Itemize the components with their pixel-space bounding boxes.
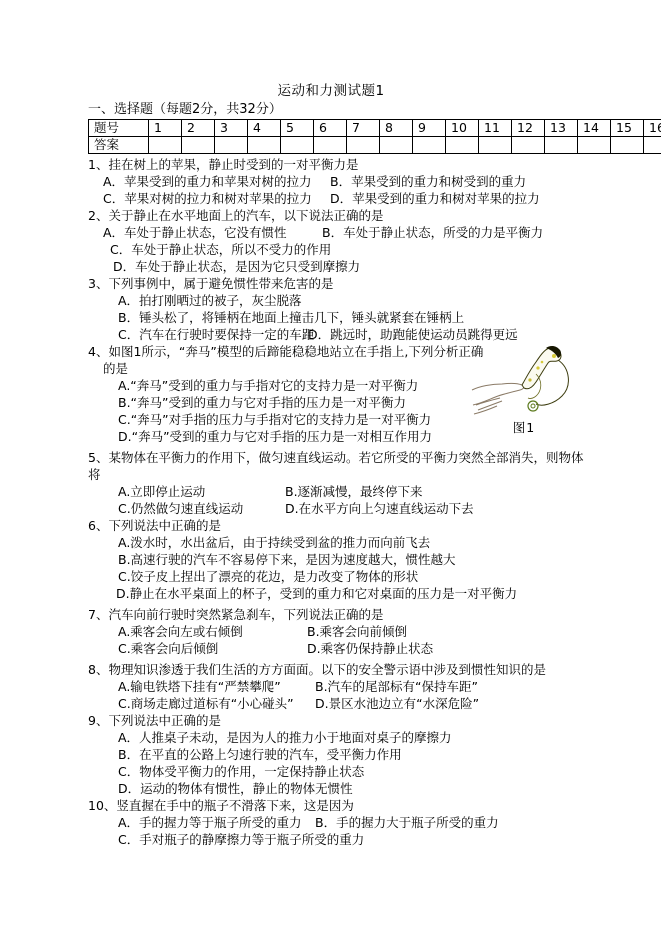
question-number-cell: 16 — [644, 120, 661, 137]
question-line: 3、下列事例中，属于避免惯性带来危害的是 — [88, 275, 574, 292]
question-line: C.饺子皮上捏出了漂亮的花边，是力改变了物体的形状 — [88, 568, 574, 585]
question-line: A.输电铁塔下挂有“严禁攀爬”B.汽车的尾部标有“保持车距” — [88, 678, 574, 695]
text-segment: A．车处于静止状态，它没有惯性 — [103, 224, 287, 241]
question-line: 9、下列说法中正确的是 — [88, 712, 574, 729]
document-content: 运动和力测试题1 一、选择题（每题2分，共32分） 题号 12345678910… — [88, 83, 574, 848]
text-segment: C.商场走廊过道标有“小心碰头” — [118, 695, 294, 712]
text-segment: C.“奔马”对手指的压力与手指对它的支持力是一对平衡力 — [118, 411, 431, 428]
question-block: 1、挂在树上的苹果，静止时受到的一对平衡力是A．苹果受到的重力和苹果对树的拉力B… — [88, 156, 574, 207]
question-number-cell: 14 — [578, 120, 611, 137]
question-line: A.乘客会向左或右倾倒B.乘客会向前倾倒 — [88, 623, 574, 640]
text-segment: B．车处于静止状态，所受的力是平衡力 — [322, 224, 543, 241]
text-segment: 6、下列说法中正确的是 — [88, 517, 221, 534]
question-number-header-cell: 题号 — [89, 120, 149, 137]
question-line: 1、挂在树上的苹果，静止时受到的一对平衡力是 — [88, 156, 574, 173]
question-line: 将 — [88, 466, 574, 483]
question-line: B．锤头松了，将锤柄在地面上撞击几下，锤头就紧套在锤柄上 — [88, 309, 574, 326]
section-heading: 一、选择题（每题2分，共32分） — [88, 101, 574, 118]
answer-cell — [644, 137, 661, 154]
question-number-cell: 8 — [380, 120, 413, 137]
hand-outline — [472, 383, 524, 414]
question-block: 9、下列说法中正确的是A．人推桌子未动，是因为人的推力小于地面对桌子的摩擦力B．… — [88, 712, 574, 797]
text-segment: 3、下列事例中，属于避免惯性带来危害的是 — [88, 275, 333, 292]
question-line: 10、竖直握在手中的瓶子不滑落下来，这是因为 — [88, 797, 574, 814]
text-segment: C.乘客会向后倾倒 — [118, 640, 218, 657]
text-segment: 5、某物体在平衡力的作用下，做匀速直线运动。若它所受的平衡力突然全部消失，则物体 — [88, 449, 583, 466]
answer-cell — [446, 137, 479, 154]
text-segment: 2、关于静止在水平地面上的汽车，以下说法正确的是 — [88, 207, 383, 224]
text-segment: A．人推桌子未动，是因为人的推力小于地面对桌子的摩擦力 — [118, 729, 452, 746]
answer-cell — [215, 137, 248, 154]
text-segment: B.逐渐减慢，最终停下来 — [285, 483, 423, 500]
question-number-cell: 4 — [248, 120, 281, 137]
text-segment: B．苹果受到的重力和树受到的重力 — [330, 173, 526, 190]
answer-cell — [248, 137, 281, 154]
question-line: C．手对瓶子的静摩擦力等于瓶子所受的重力 — [88, 831, 574, 848]
question-number-cell: 15 — [611, 120, 644, 137]
question-line: A.泼水时，水出盆后，由于持续受到盆的推力而向前飞去 — [88, 534, 574, 551]
question-block: 5、某物体在平衡力的作用下，做匀速直线运动。若它所受的平衡力突然全部消失，则物体… — [88, 449, 574, 517]
question-line: C.乘客会向后倾倒D.乘客仍保持静止状态 — [88, 640, 574, 657]
text-segment: D．跳远时，助跑能使运动员跳得更远 — [308, 326, 518, 343]
text-segment: 将 — [88, 466, 101, 483]
answer-cell — [611, 137, 644, 154]
text-segment: B.乘客会向前倾倒 — [307, 623, 407, 640]
answer-table-number-row: 题号 12345678910111213141516 — [89, 120, 661, 137]
text-segment: 4、如图1所示，“奔马”模型的后蹄能稳稳地站立在手指上,下列分析正确 — [88, 343, 483, 360]
answer-table: 题号 12345678910111213141516 答案 — [88, 119, 661, 154]
question-number-cell: 5 — [281, 120, 314, 137]
question-number-cell: 9 — [413, 120, 446, 137]
question-line: D．车处于静止状态，是因为它只受到摩擦力 — [88, 258, 574, 275]
question-line: B．在平直的公路上匀速行驶的汽车，受平衡力作用 — [88, 746, 574, 763]
text-segment: D．车处于静止状态，是因为它只受到摩擦力 — [113, 258, 360, 275]
text-segment: C．苹果对树的拉力和树对苹果的拉力 — [103, 190, 312, 207]
text-segment: D.在水平方向上匀速直线运动下去 — [285, 500, 474, 517]
text-segment: D.景区水池边立有“水深危险” — [315, 695, 479, 712]
text-segment: A．手的握力等于瓶子所受的重力 — [118, 814, 302, 831]
answer-cell — [512, 137, 545, 154]
question-line: C.商场走廊过道标有“小心碰头”D.景区水池边立有“水深危险” — [88, 695, 574, 712]
question-block: 8、物理知识渗透于我们生活的方方面面。以下的安全警示语中涉及到惯性知识的是A.输… — [88, 661, 574, 712]
text-segment: B.高速行驶的汽车不容易停下来，是因为速度越大，惯性越大 — [118, 551, 456, 568]
text-segment: C.饺子皮上捏出了漂亮的花边，是力改变了物体的形状 — [118, 568, 418, 585]
answer-cell — [182, 137, 215, 154]
question-block: 3、下列事例中，属于避免惯性带来危害的是A．拍打刚晒过的被子，灰尘脱落B．锤头松… — [88, 275, 574, 343]
question-number-cell: 1 — [149, 120, 182, 137]
text-segment: A．拍打刚晒过的被子，灰尘脱落 — [118, 292, 302, 309]
text-segment: D．运动的物体有惯性，静止的物体无惯性 — [118, 780, 353, 797]
text-segment: A.“奔马”受到的重力与手指对它的支持力是一对平衡力 — [118, 377, 418, 394]
text-segment: C．手对瓶子的静摩擦力等于瓶子所受的重力 — [118, 831, 364, 848]
question-line: 8、物理知识渗透于我们生活的方方面面。以下的安全警示语中涉及到惯性知识的是 — [88, 661, 574, 678]
question-line: D.静止在水平桌面上的杯子，受到的重力和它对桌面的压力是一对平衡力 — [88, 585, 574, 602]
question-line: C．苹果对树的拉力和树对苹果的拉力D．苹果受到的重力和树对苹果的拉力 — [88, 190, 574, 207]
question-line: 2、关于静止在水平地面上的汽车，以下说法正确的是 — [88, 207, 574, 224]
answer-cell — [314, 137, 347, 154]
text-segment: 7、汽车向前行驶时突然紧急刹车，下列说法正确的是 — [88, 606, 383, 623]
text-segment: C．汽车在行驶时要保持一定的车距 — [118, 326, 314, 343]
answer-cell — [149, 137, 182, 154]
question-line: A．人推桌子未动，是因为人的推力小于地面对桌子的摩擦力 — [88, 729, 574, 746]
question-line: A．手的握力等于瓶子所受的重力B．手的握力大于瓶子所受的重力 — [88, 814, 574, 831]
question-line: 7、汽车向前行驶时突然紧急刹车，下列说法正确的是 — [88, 606, 574, 623]
question-line: 5、某物体在平衡力的作用下，做匀速直线运动。若它所受的平衡力突然全部消失，则物体 — [88, 449, 574, 466]
question-number-cell: 11 — [479, 120, 512, 137]
text-segment: A.泼水时，水出盆后，由于持续受到盆的推力而向前飞去 — [118, 534, 430, 551]
text-segment: B．锤头松了，将锤柄在地面上撞击几下，锤头就紧套在锤柄上 — [118, 309, 464, 326]
question-number-cell: 13 — [545, 120, 578, 137]
answer-cell — [578, 137, 611, 154]
question-number-cell: 6 — [314, 120, 347, 137]
text-segment: C．物体受平衡力的作用，一定保持静止状态 — [118, 763, 364, 780]
text-segment: D.乘客仍保持静止状态 — [307, 640, 433, 657]
text-segment: 10、竖直握在手中的瓶子不滑落下来，这是因为 — [88, 797, 354, 814]
answer-cell — [413, 137, 446, 154]
answer-cell — [281, 137, 314, 154]
figure1-caption: 图1 — [468, 421, 580, 435]
figure1: 图1 — [468, 344, 580, 435]
question-line: A.立即停止运动B.逐渐减慢，最终停下来 — [88, 483, 574, 500]
answer-cell — [347, 137, 380, 154]
question-number-cell: 3 — [215, 120, 248, 137]
text-segment: A.乘客会向左或右倾倒 — [118, 623, 243, 640]
question-line: A．车处于静止状态，它没有惯性B．车处于静止状态，所受的力是平衡力 — [88, 224, 574, 241]
answer-cell — [545, 137, 578, 154]
question-line: C.仍然做匀速直线运动D.在水平方向上匀速直线运动下去 — [88, 500, 574, 517]
question-block: 10、竖直握在手中的瓶子不滑落下来，这是因为A．手的握力等于瓶子所受的重力B．手… — [88, 797, 574, 848]
page-title: 运动和力测试题1 — [88, 83, 574, 101]
text-segment: A.输电铁塔下挂有“严禁攀爬” — [118, 678, 281, 695]
question-block: 2、关于静止在水平地面上的汽车，以下说法正确的是A．车处于静止状态，它没有惯性B… — [88, 207, 574, 275]
question-block: 7、汽车向前行驶时突然紧急刹车，下列说法正确的是A.乘客会向左或右倾倒B.乘客会… — [88, 606, 574, 657]
text-segment: 1、挂在树上的苹果，静止时受到的一对平衡力是 — [88, 156, 358, 173]
text-segment: C.仍然做匀速直线运动 — [118, 500, 243, 517]
text-segment: A．苹果受到的重力和苹果对树的拉力 — [103, 173, 312, 190]
text-segment: C．车处于静止状态，所以不受力的作用 — [110, 241, 331, 258]
question-line: C．物体受平衡力的作用，一定保持静止状态 — [88, 763, 574, 780]
answer-cell — [479, 137, 512, 154]
figure1-horse-on-finger-illustration — [470, 344, 578, 419]
text-segment: D.“奔马”受到的重力与它对手指的压力是一对相互作用力 — [118, 428, 432, 445]
answer-cell — [380, 137, 413, 154]
text-segment: 8、物理知识渗透于我们生活的方方面面。以下的安全警示语中涉及到惯性知识的是 — [88, 661, 546, 678]
question-line: B.高速行驶的汽车不容易停下来，是因为速度越大，惯性越大 — [88, 551, 574, 568]
question-line: A．拍打刚晒过的被子，灰尘脱落 — [88, 292, 574, 309]
text-segment: B．在平直的公路上匀速行驶的汽车，受平衡力作用 — [118, 746, 402, 763]
question-line: A．苹果受到的重力和苹果对树的拉力B．苹果受到的重力和树受到的重力 — [88, 173, 574, 190]
text-segment: B.汽车的尾部标有“保持车距” — [315, 678, 478, 695]
questions: 1、挂在树上的苹果，静止时受到的一对平衡力是A．苹果受到的重力和苹果对树的拉力B… — [88, 156, 574, 848]
answer-label-cell: 答案 — [89, 137, 149, 154]
horse-model — [522, 346, 568, 411]
text-segment: A.立即停止运动 — [118, 483, 205, 500]
question-line: 6、下列说法中正确的是 — [88, 517, 574, 534]
text-segment: D．苹果受到的重力和树对苹果的拉力 — [330, 190, 540, 207]
question-block: 6、下列说法中正确的是A.泼水时，水出盆后，由于持续受到盆的推力而向前飞去B.高… — [88, 517, 574, 602]
question-number-cell: 7 — [347, 120, 380, 137]
test-paper-page: 运动和力测试题1 一、选择题（每题2分，共32分） 题号 12345678910… — [0, 0, 661, 935]
text-segment: 的是 — [103, 360, 128, 377]
question-line: C．汽车在行驶时要保持一定的车距D．跳远时，助跑能使运动员跳得更远 — [88, 326, 574, 343]
text-segment: B.“奔马”受到的重力与它对手指的压力是一对平衡力 — [118, 394, 406, 411]
question-line: C．车处于静止状态，所以不受力的作用 — [88, 241, 574, 258]
text-segment: 9、下列说法中正确的是 — [88, 712, 221, 729]
question-number-cell: 12 — [512, 120, 545, 137]
question-line: D．运动的物体有惯性，静止的物体无惯性 — [88, 780, 574, 797]
text-segment: D.静止在水平桌面上的杯子，受到的重力和它对桌面的压力是一对平衡力 — [116, 585, 517, 602]
question-number-cell: 10 — [446, 120, 479, 137]
question-number-cell: 2 — [182, 120, 215, 137]
answer-table-answer-row: 答案 — [89, 137, 661, 154]
text-segment: B．手的握力大于瓶子所受的重力 — [315, 814, 499, 831]
